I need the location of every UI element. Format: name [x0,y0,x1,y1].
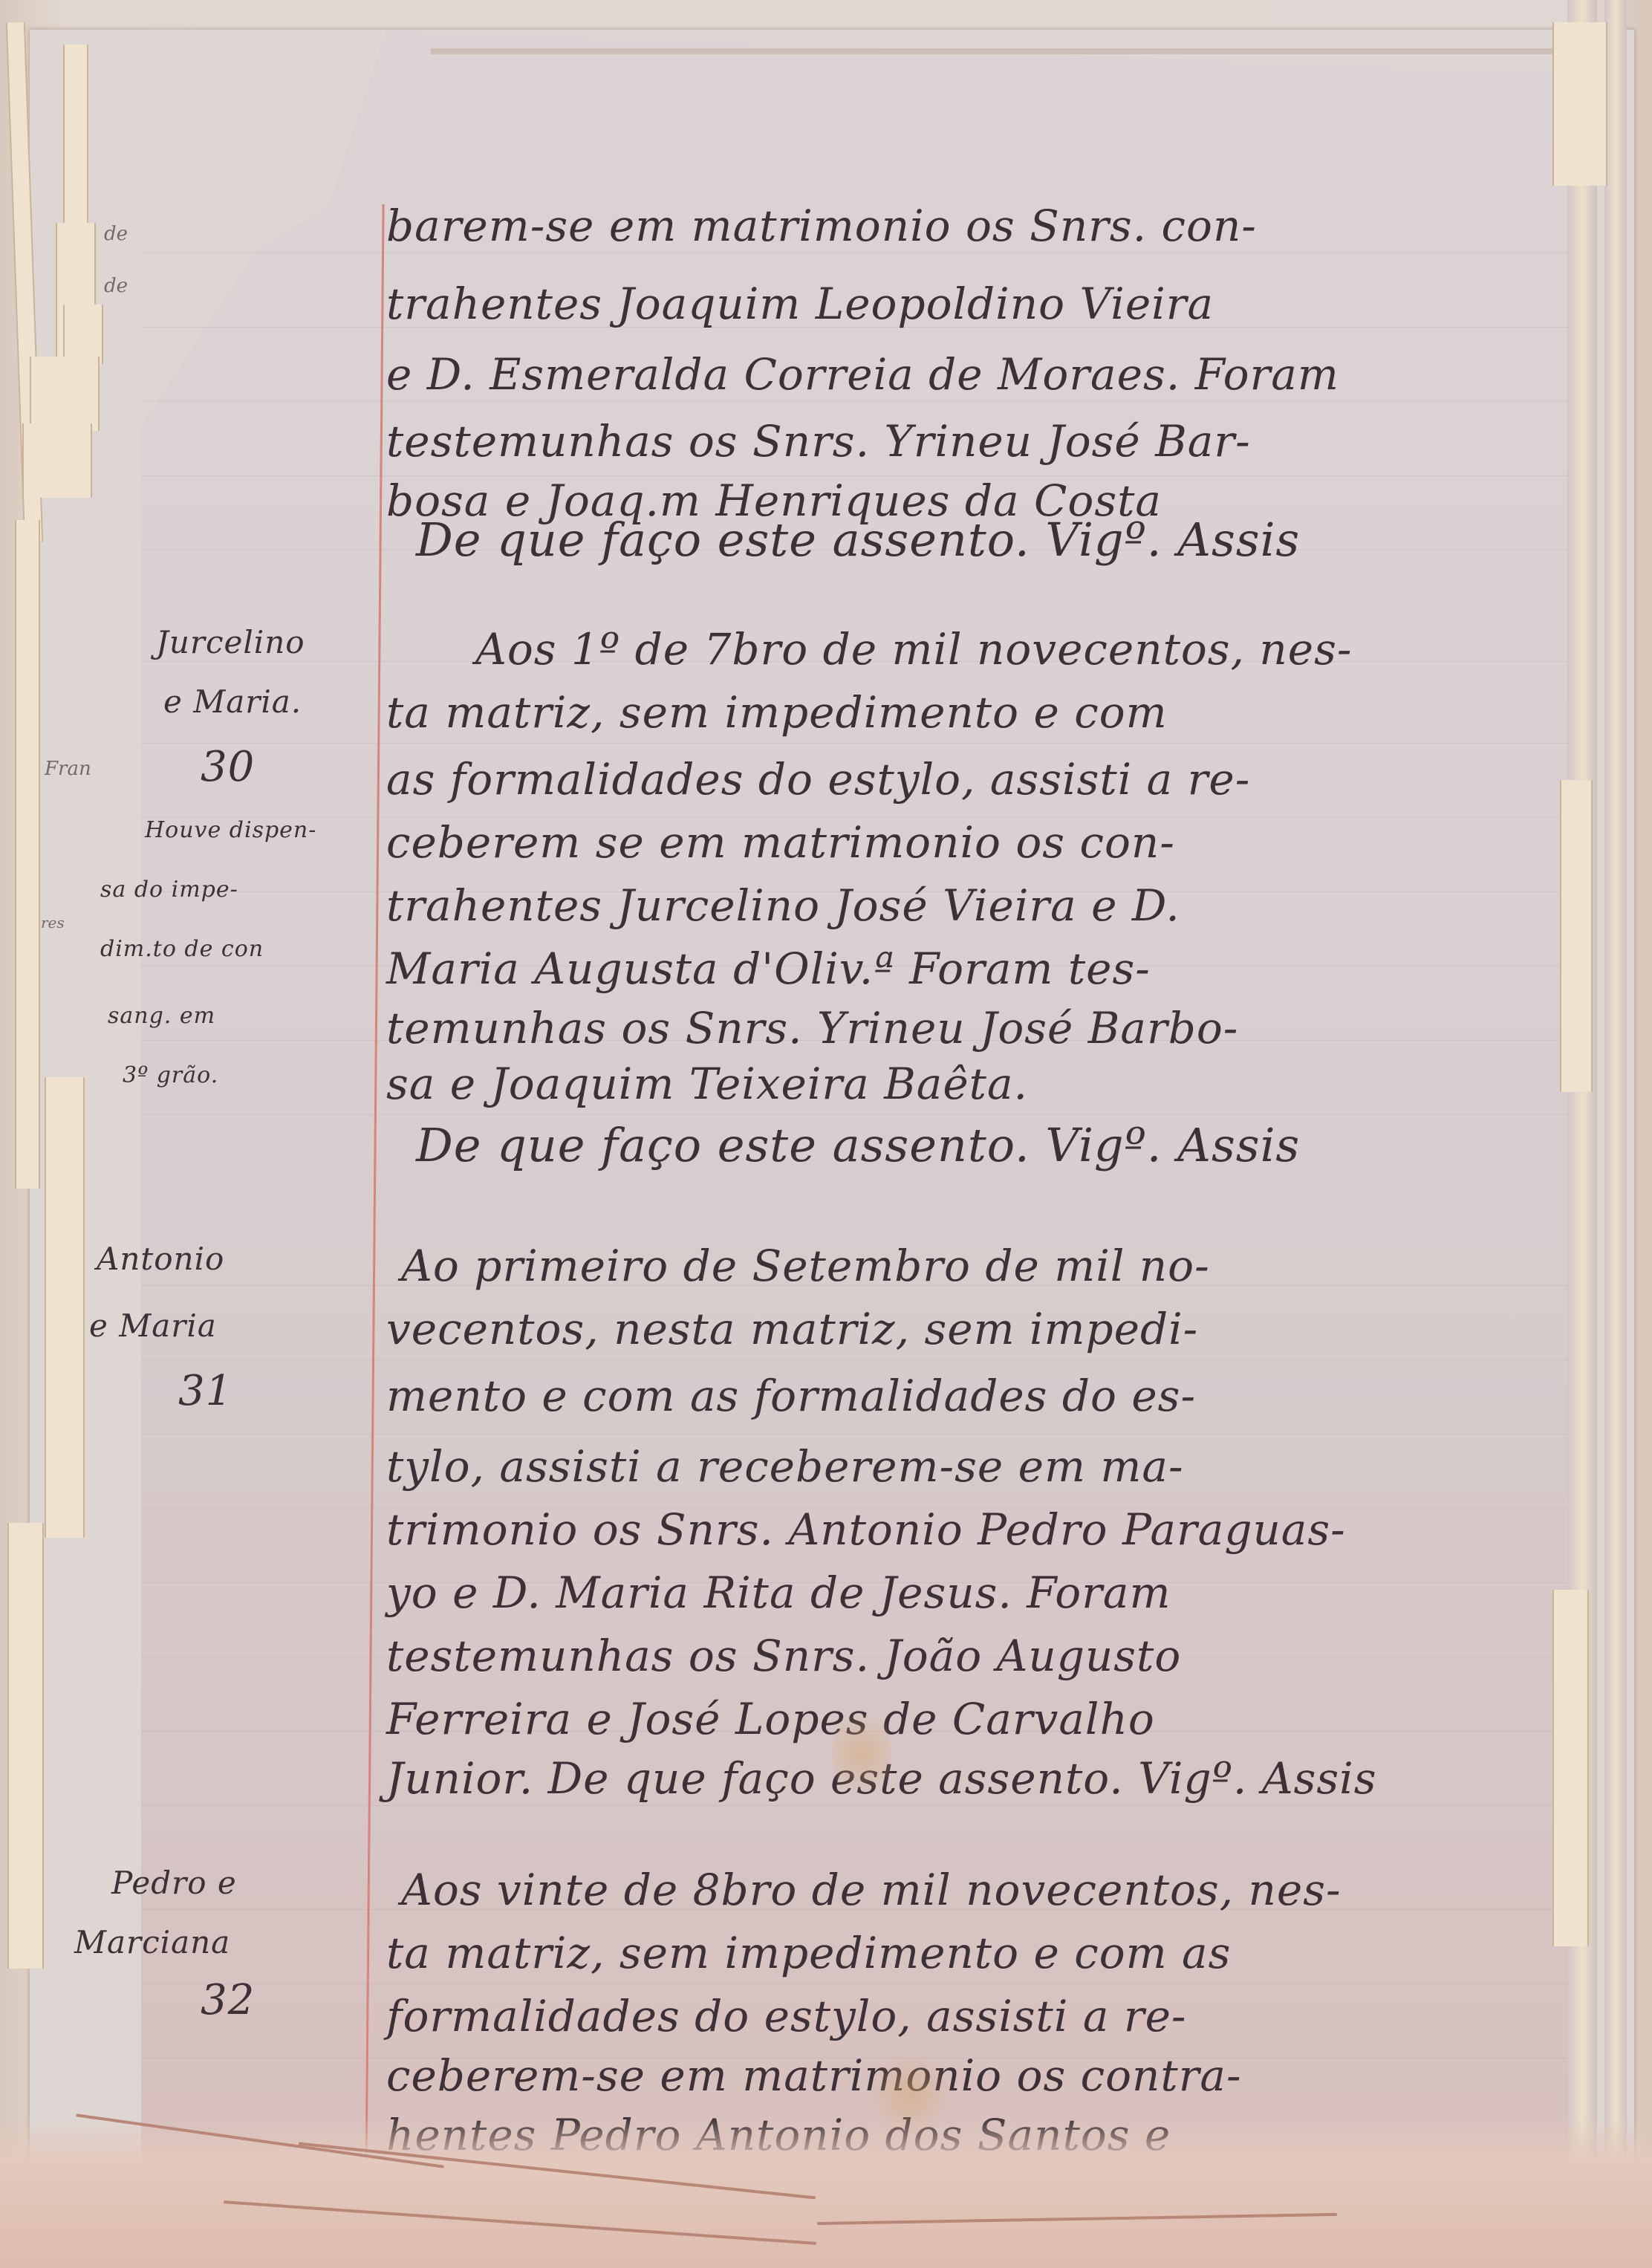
torn-paper-strip [7,1523,44,1969]
margin-groom-name: Pedro e [111,1865,237,1901]
entry-text-line: yo e D. Maria Rita de Jesus. Foram [386,1567,1171,1618]
page-top-edge [431,48,1567,54]
closing-signature-line: De que faço este assento. Vigº. Assis [416,513,1300,567]
right-edge-strip [1604,0,1627,2268]
entry-text-line: trimonio os Snrs. Antonio Pedro Paraguas… [386,1504,1346,1555]
water-stain [832,1701,891,1805]
entry-number: 30 [201,743,255,791]
torn-paper-strip [30,357,100,431]
entry-text-line: Aos vinte de 8bro de mil novecentos, nes… [401,1865,1342,1915]
margin-note-line: 3º grão. [123,1062,218,1088]
entry-text-line: sa e Joaquim Teixeira Baêta. [386,1059,1028,1109]
entry-text-line: tylo, assisti a receberem-se em ma- [386,1441,1184,1492]
margin-bride-name: e Maria. [163,683,302,720]
entry-text-line: Maria Augusta d'Oliv.ª Foram tes- [386,943,1151,994]
entry-text-line: ta matriz, sem impedimento e com as [386,1928,1231,1978]
entry-number: 32 [201,1976,255,2024]
ruled-line [141,401,1582,402]
entry-text-line: testemunhas os Snrs. Yrineu José Bar- [386,416,1251,467]
ruled-line [141,1805,1582,1806]
entry-number: 31 [178,1367,232,1415]
entry-text-line: Aos 1º de 7bro de mil novecentos, nes- [475,624,1352,675]
margin-note-line: sa do impe- [100,877,238,903]
ruled-line [141,743,1582,744]
scrap-fragment: Fran [45,758,91,780]
entry-text-line: trahentes Jurcelino José Vieira e D. [386,880,1180,931]
margin-note-line: Houve dispen- [145,817,316,843]
entry-text-line: as formalidades do estylo, assisti a re- [386,754,1250,805]
margin-note-line: dim.to de con [100,936,264,962]
ruled-line [141,1434,1582,1434]
entry-text-line: Ferreira e José Lopes de Carvalho [386,1694,1155,1744]
margin-groom-name: Antonio [97,1241,224,1277]
ruled-line [141,1983,1582,1984]
entry-text-line: trahentes Joaquim Leopoldino Vieira [386,279,1214,329]
entry-text-line: ceberem-se em matrimonio os contra- [386,2050,1242,2101]
scrap-fragment: de [104,223,128,245]
margin-bride-name: Marciana [74,1924,230,1960]
entry-text-line: mento e com as formalidades do es- [386,1371,1196,1421]
closing-signature-line: De que faço este assento. Vigº. Assis [416,1118,1300,1172]
entry-text-line: formalidades do estylo, assisti a re- [386,1991,1187,2041]
entry-text-line: Ao primeiro de Setembro de mil no- [401,1241,1210,1291]
entry-text-line: temunhas os Snrs. Yrineu José Barbo- [386,1003,1238,1053]
ruled-line [141,253,1582,253]
torn-paper-strip [1552,22,1607,186]
entry-text-line: testemunhas os Snrs. João Augusto [386,1631,1181,1681]
entry-text-line: barem-se em matrimonio os Snrs. con- [386,201,1257,251]
entry-text-line: vecentos, nesta matriz, sem impedi- [386,1304,1198,1354]
torn-paper-strip [22,423,92,498]
torn-paper-strip [1552,1590,1589,1946]
torn-paper-strip [15,520,40,1189]
entry-text-line: e D. Esmeralda Correia de Moraes. Foram [386,349,1339,400]
margin-note-line: sang. em [108,1003,215,1029]
ruled-line [141,1114,1582,1115]
margin-bride-name: e Maria [89,1307,217,1344]
ruled-line [141,1359,1582,1360]
torn-paper-strip [63,305,103,364]
scrap-fragment: res [41,914,65,932]
margin-groom-name: Jurcelino [156,624,305,660]
entry-text-line: ceberem se em matrimonio os con- [386,817,1175,868]
entry-text-line: ta matriz, sem impedimento e com [386,687,1168,738]
scrap-fragment: de [104,275,128,297]
torn-paper-strip [1560,780,1593,1092]
torn-paper-strip [45,1077,85,1538]
